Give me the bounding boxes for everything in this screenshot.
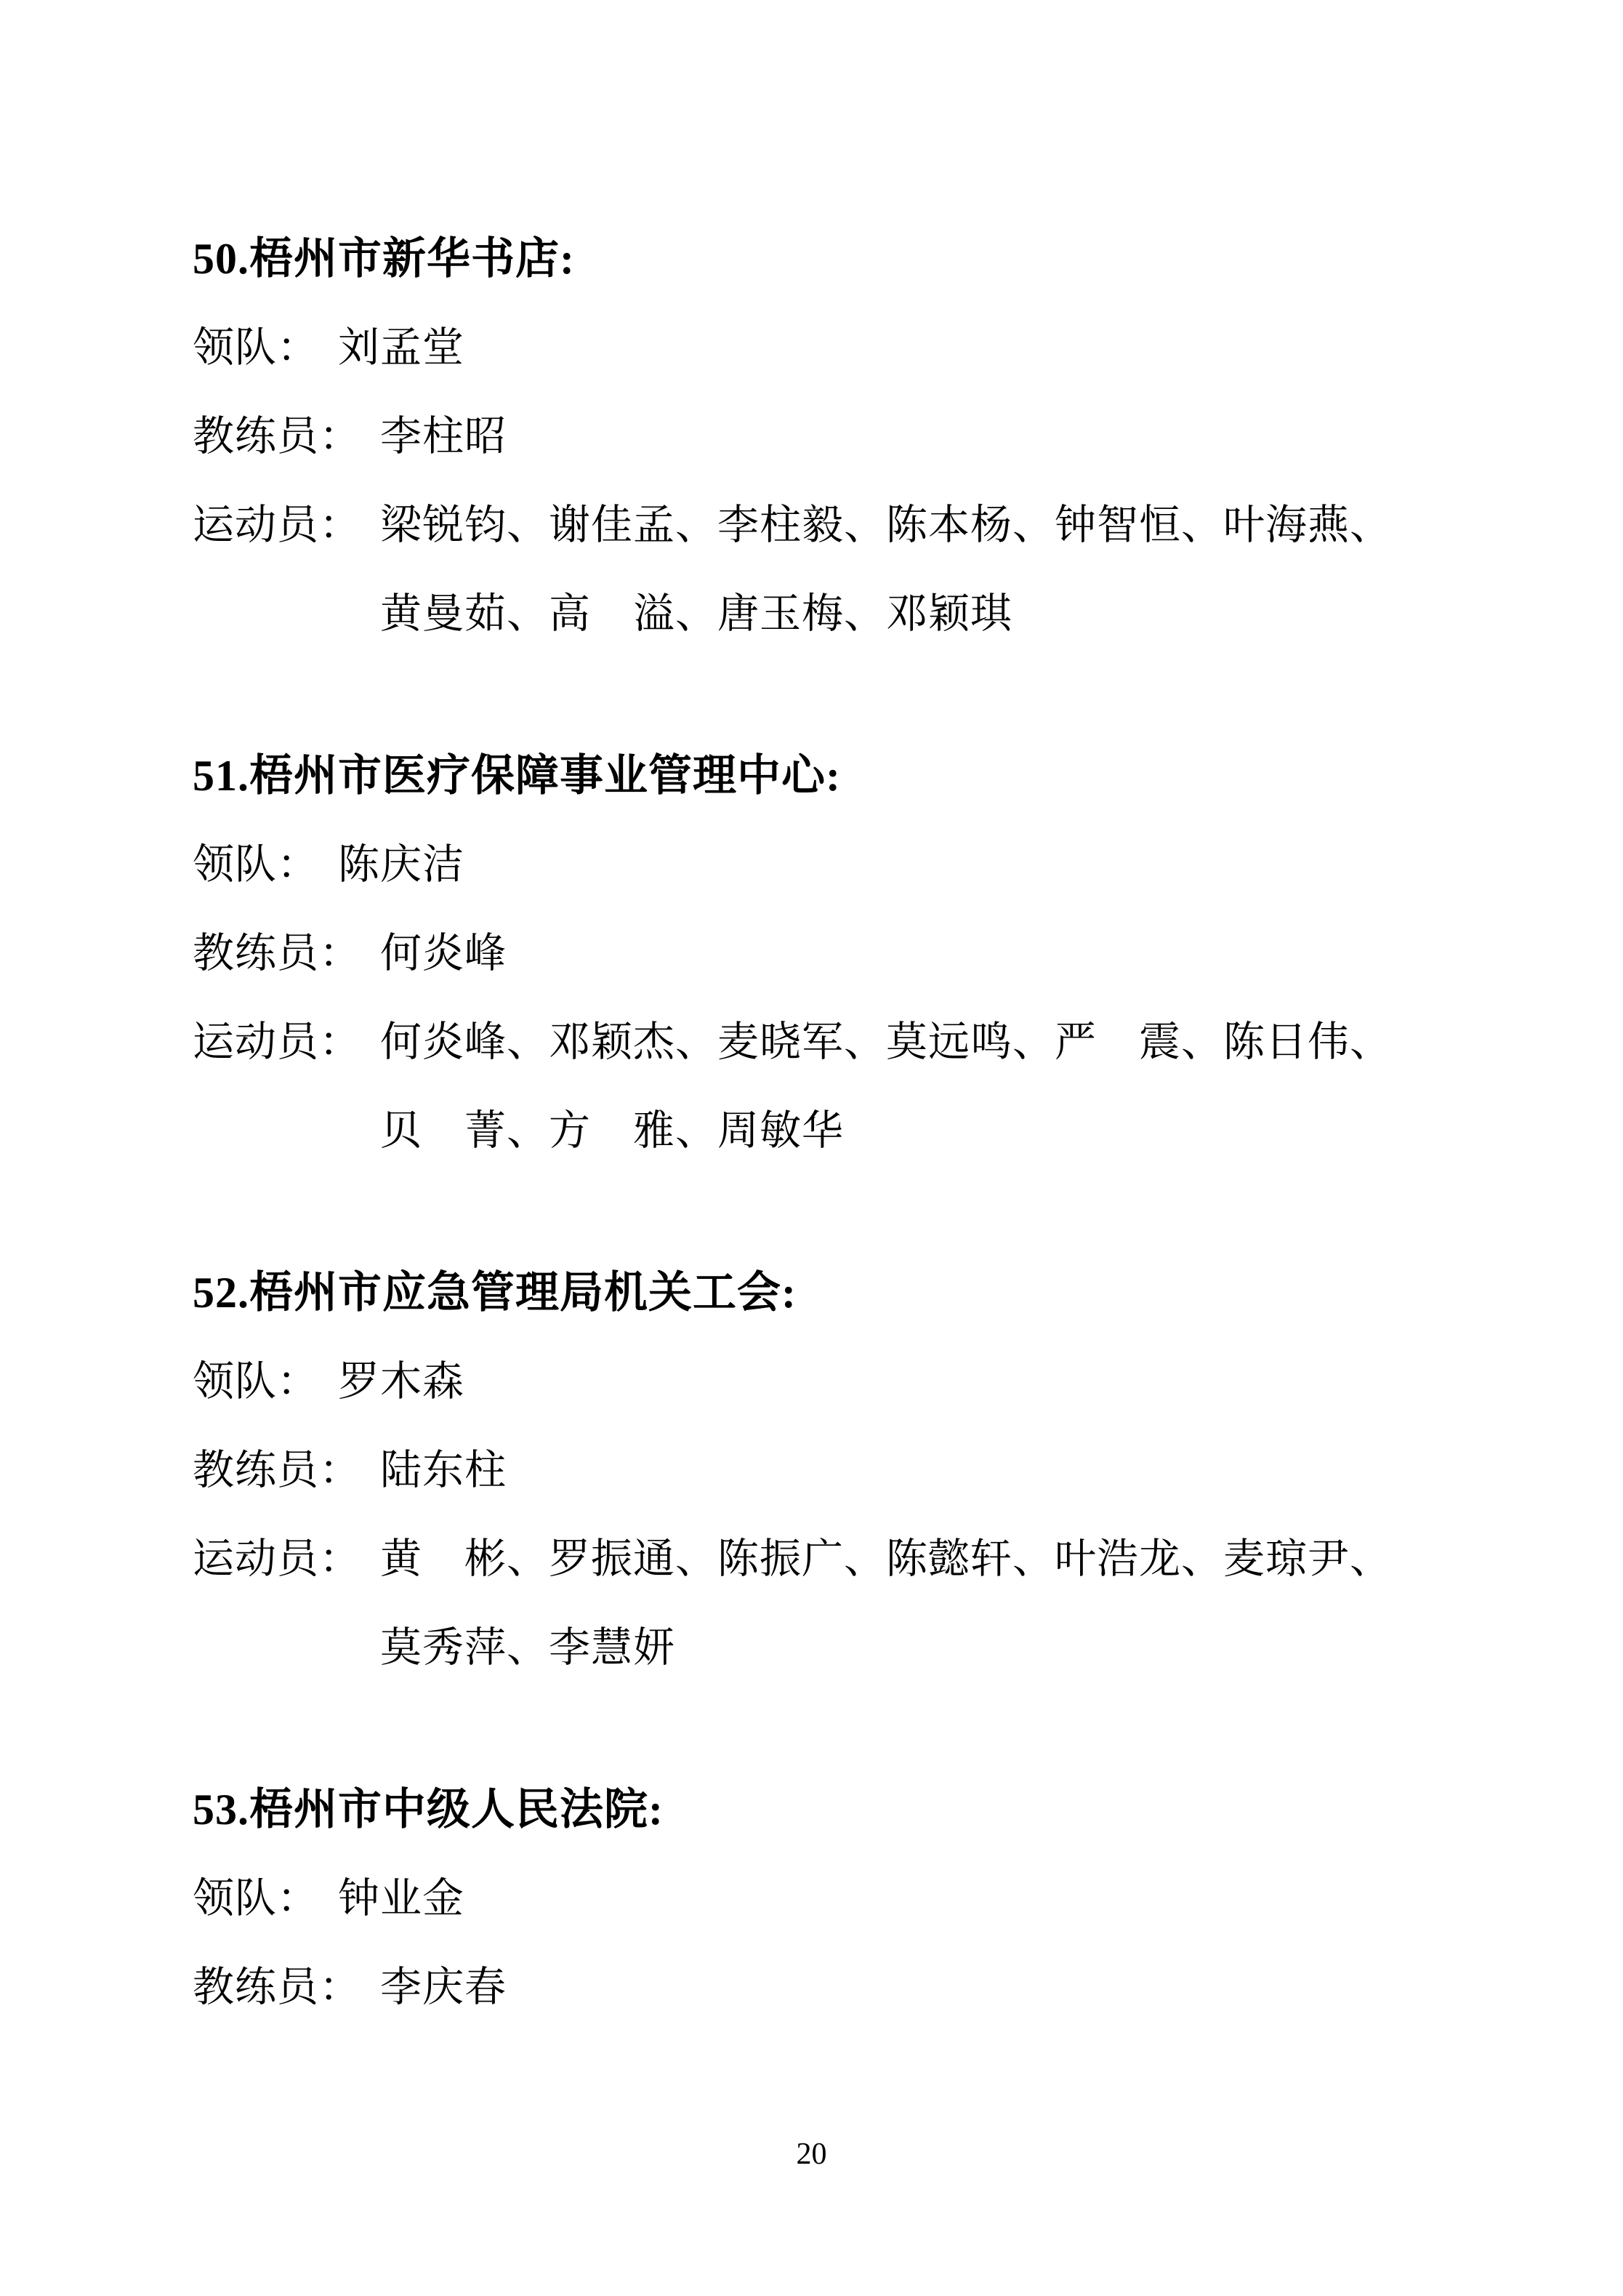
athletes-row: 运动员： 梁锐钧、谢佳孟、李柱毅、陈本杨、钟智恒、叶海燕、 黄曼茹、高 溢、唐玉…	[193, 481, 1456, 659]
athletes-label: 运动员：	[193, 998, 361, 1087]
leader-name: 钟业金	[338, 1855, 464, 1943]
coach-label: 教练员：	[193, 1426, 361, 1515]
athletes-names: 黄 彬、罗振通、陈振广、陈懿轩、叶浩龙、麦琼尹、 莫秀萍、李慧妍	[380, 1515, 1392, 1693]
athletes-line: 黄曼茹、高 溢、唐玉梅、邓颖琪	[380, 570, 1392, 659]
team-section-50: 50.梧州市新华书店: 领队： 刘孟堂 教练员： 李柱昭 运动员： 梁锐钧、谢佳…	[193, 214, 1456, 659]
coach-label: 教练员：	[193, 910, 361, 998]
athletes-line: 何炎峰、邓颖杰、麦晓军、莫远鸣、严 震、陈日伟、	[380, 998, 1392, 1087]
athletes-row: 运动员： 何炎峰、邓颖杰、麦晓军、莫远鸣、严 震、陈日伟、 贝 菁、方 雅、周敏…	[193, 998, 1456, 1176]
leader-name: 罗木森	[338, 1338, 464, 1426]
coach-name: 何炎峰	[380, 910, 507, 998]
coach-row: 教练员： 李庆春	[193, 1943, 1456, 2032]
team-section-53: 53.梧州市中级人民法院: 领队： 钟业金 教练员： 李庆春	[193, 1765, 1456, 2032]
leader-row: 领队： 陈庆洁	[193, 821, 1456, 910]
leader-name: 刘孟堂	[338, 304, 464, 393]
leader-label: 领队：	[193, 1338, 319, 1426]
coach-name: 李柱昭	[380, 393, 507, 481]
leader-row: 领队： 刘孟堂	[193, 304, 1456, 393]
section-heading: 51.梧州市医疗保障事业管理中心:	[193, 731, 1456, 821]
athletes-label: 运动员：	[193, 1515, 361, 1604]
leader-row: 领队： 钟业金	[193, 1855, 1456, 1943]
leader-label: 领队：	[193, 1855, 319, 1943]
athletes-label: 运动员：	[193, 481, 361, 570]
leader-label: 领队：	[193, 821, 319, 910]
leader-name: 陈庆洁	[338, 821, 464, 910]
athletes-names: 何炎峰、邓颖杰、麦晓军、莫远鸣、严 震、陈日伟、 贝 菁、方 雅、周敏华	[380, 998, 1392, 1176]
athletes-row: 运动员： 黄 彬、罗振通、陈振广、陈懿轩、叶浩龙、麦琼尹、 莫秀萍、李慧妍	[193, 1515, 1456, 1693]
coach-name: 陆东柱	[380, 1426, 507, 1515]
team-section-51: 51.梧州市医疗保障事业管理中心: 领队： 陈庆洁 教练员： 何炎峰 运动员： …	[193, 731, 1456, 1176]
coach-name: 李庆春	[380, 1943, 507, 2032]
athletes-line: 黄 彬、罗振通、陈振广、陈懿轩、叶浩龙、麦琼尹、	[380, 1515, 1392, 1604]
team-section-52: 52.梧州市应急管理局机关工会: 领队： 罗木森 教练员： 陆东柱 运动员： 黄…	[193, 1248, 1456, 1693]
section-heading: 52.梧州市应急管理局机关工会:	[193, 1248, 1456, 1338]
coach-label: 教练员：	[193, 393, 361, 481]
athletes-names: 梁锐钧、谢佳孟、李柱毅、陈本杨、钟智恒、叶海燕、 黄曼茹、高 溢、唐玉梅、邓颖琪	[380, 481, 1392, 659]
athletes-line: 莫秀萍、李慧妍	[380, 1604, 1392, 1693]
page-content: 50.梧州市新华书店: 领队： 刘孟堂 教练员： 李柱昭 运动员： 梁锐钧、谢佳…	[193, 214, 1456, 2032]
coach-row: 教练员： 李柱昭	[193, 393, 1456, 481]
coach-label: 教练员：	[193, 1943, 361, 2032]
leader-row: 领队： 罗木森	[193, 1338, 1456, 1426]
leader-label: 领队：	[193, 304, 319, 393]
athletes-line: 贝 菁、方 雅、周敏华	[380, 1087, 1392, 1176]
athletes-line: 梁锐钧、谢佳孟、李柱毅、陈本杨、钟智恒、叶海燕、	[380, 481, 1392, 570]
document-page: 50.梧州市新华书店: 领队： 刘孟堂 教练员： 李柱昭 运动员： 梁锐钧、谢佳…	[0, 0, 1623, 2296]
coach-row: 教练员： 陆东柱	[193, 1426, 1456, 1515]
section-heading: 50.梧州市新华书店:	[193, 214, 1456, 304]
coach-row: 教练员： 何炎峰	[193, 910, 1456, 998]
page-number: 20	[0, 2136, 1623, 2172]
section-heading: 53.梧州市中级人民法院:	[193, 1765, 1456, 1855]
